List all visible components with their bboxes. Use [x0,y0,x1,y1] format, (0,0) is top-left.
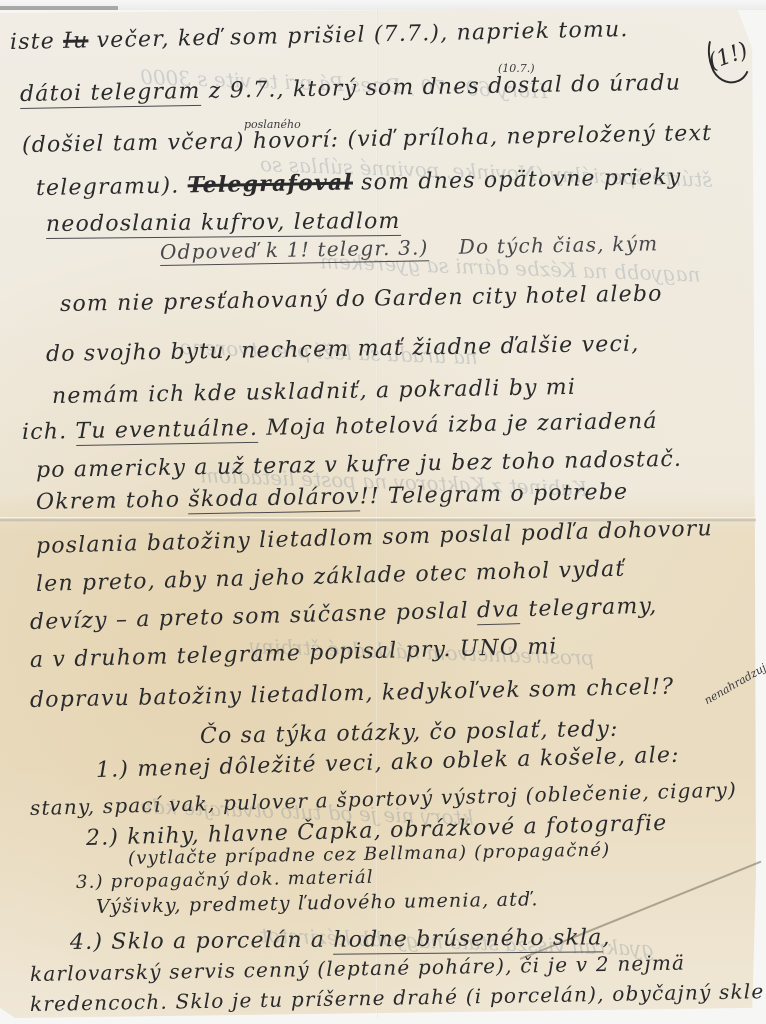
page-number-text: (1!) [705,37,751,74]
vertical-fold-line [376,8,378,1018]
paper-shadow [0,6,118,10]
scanned-document: Hory 60 - 70 ; Dnes Pá pri to vite s 300… [0,0,766,1024]
scanner-edge [0,0,766,10]
interlinear-note: (10.7.) [498,62,535,75]
text-line-5: neodoslania kufrov, letadlom [46,209,401,237]
text-line-25: 4.) Sklo a porcelán a hodne brúseného sk… [70,925,611,955]
